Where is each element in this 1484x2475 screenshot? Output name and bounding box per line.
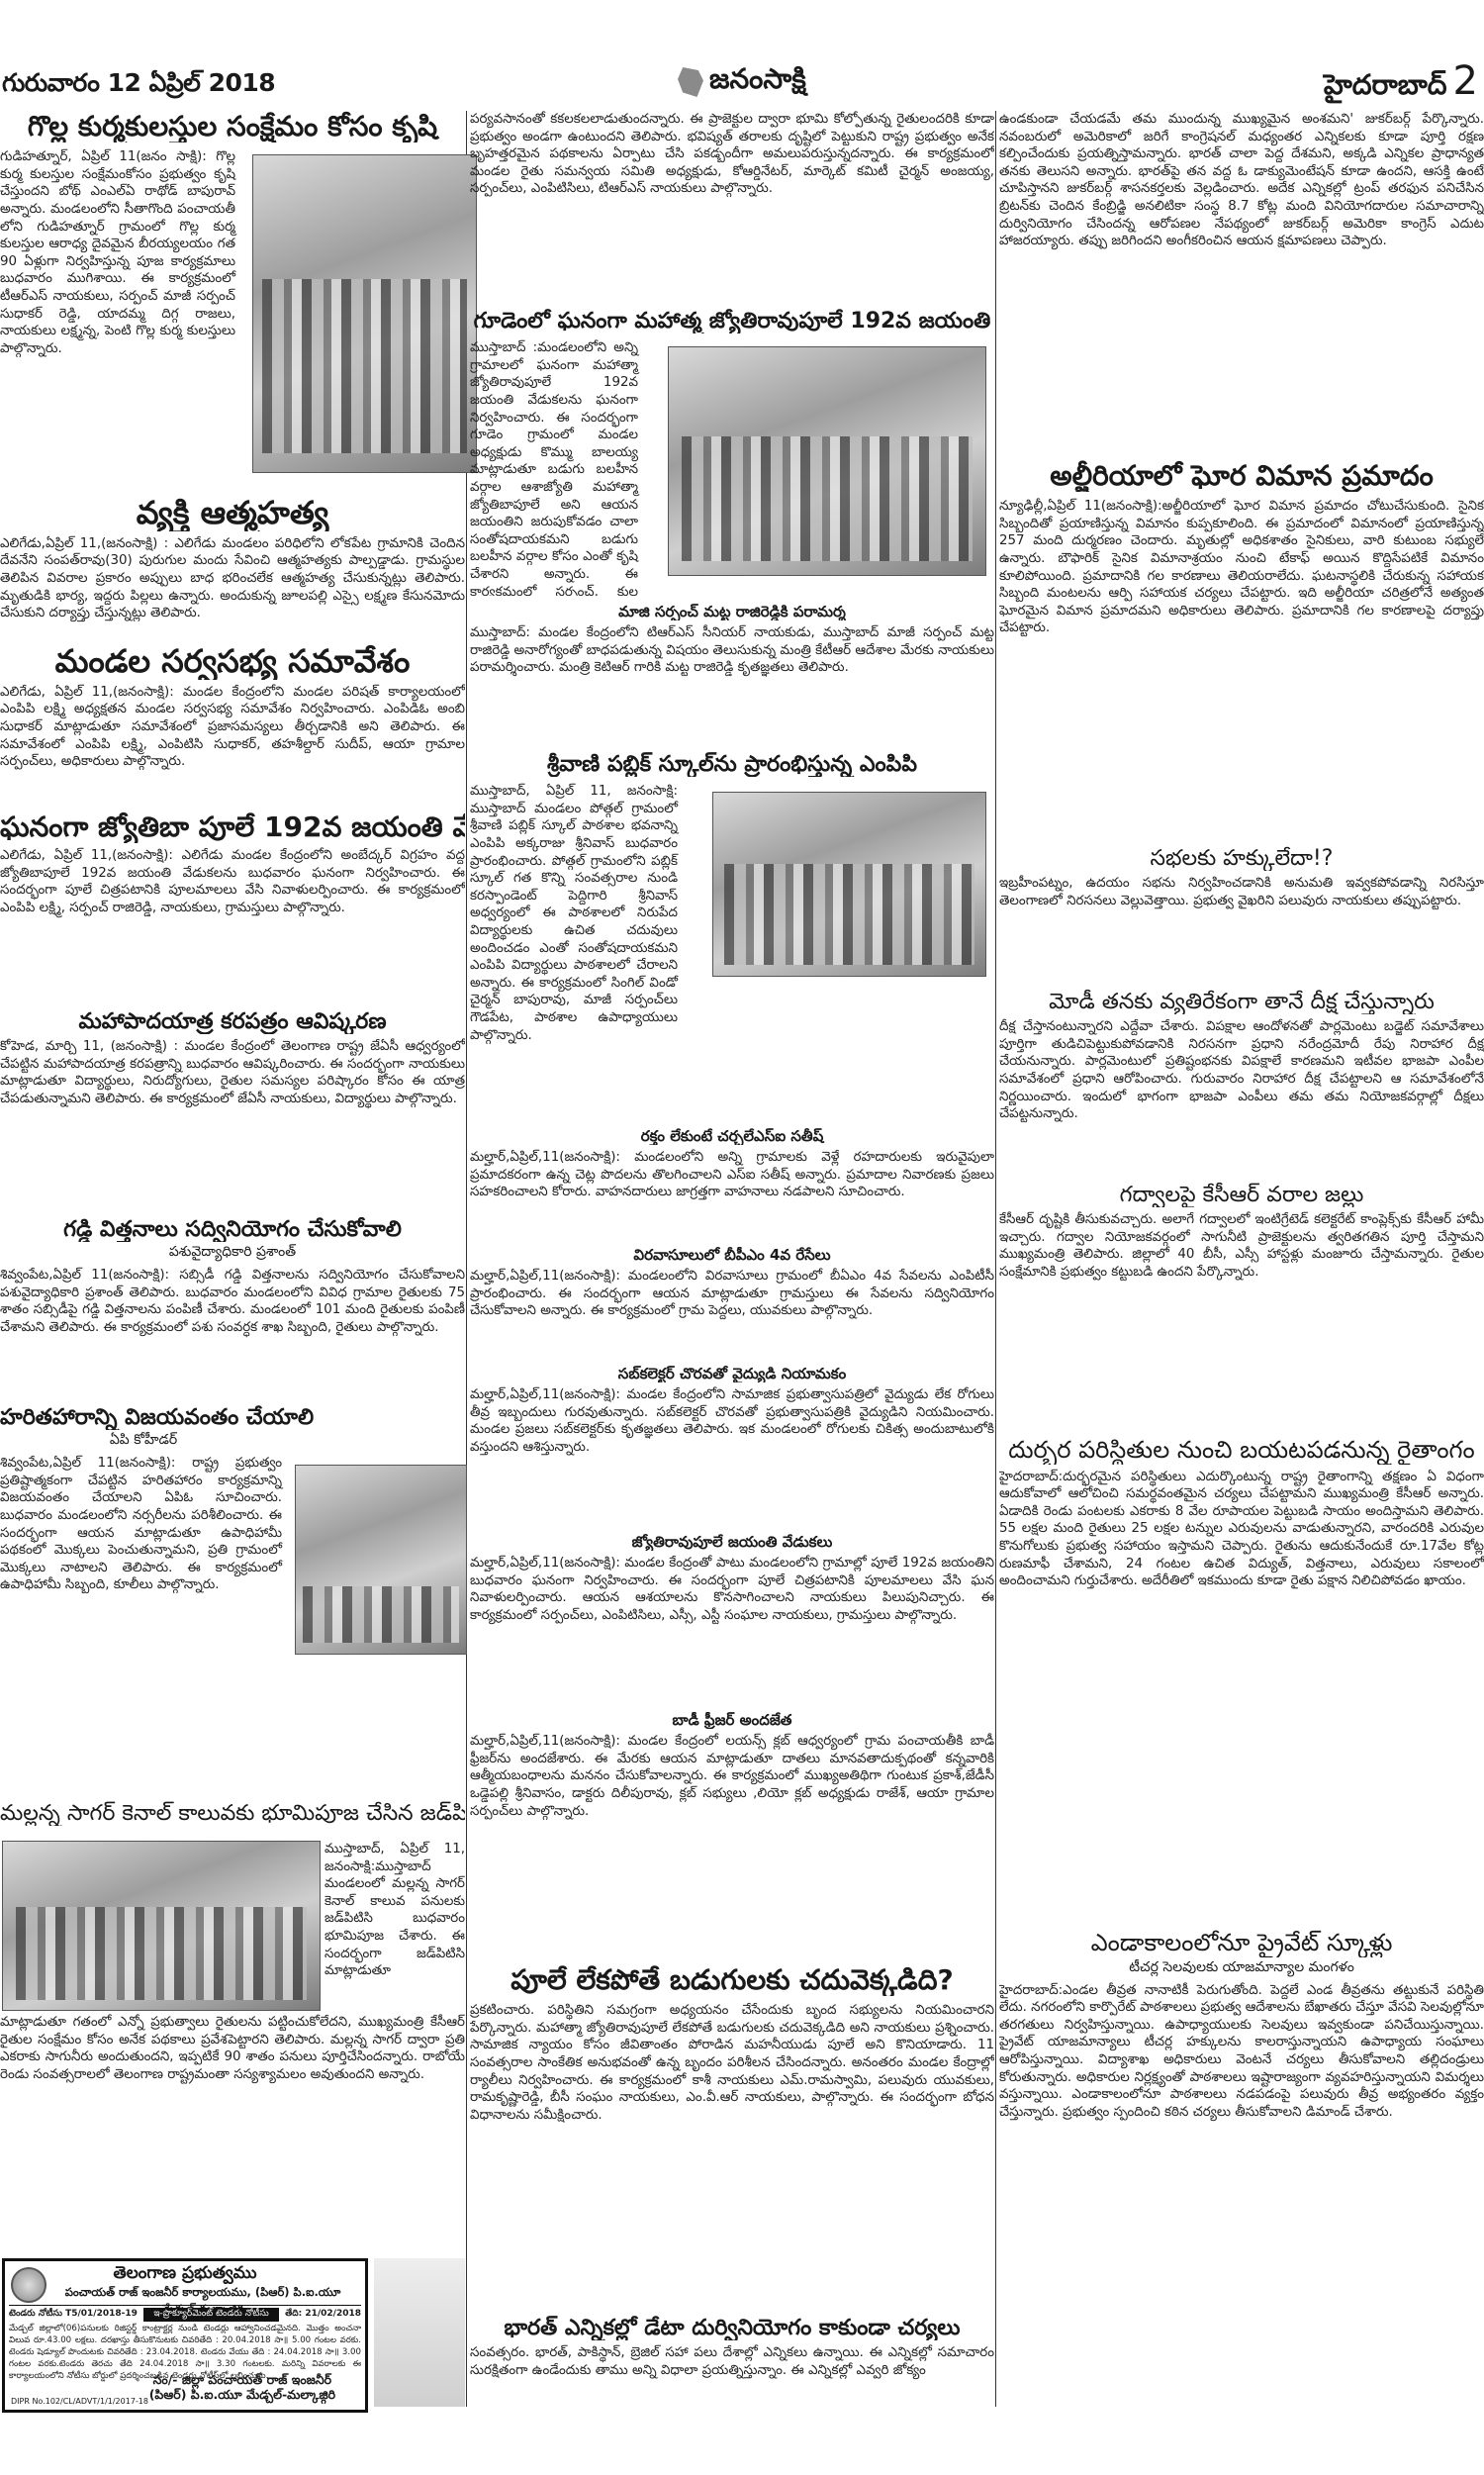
article-body: మల్హార్‌,ఏప్రిల్‌,11(జనంసాక్షి): మండల కే… (470, 1386, 994, 1456)
edition-label: హైదరాబాద్2 (1324, 58, 1478, 108)
article-body: ప్రకటించారు. పరిస్థితిని సమగ్రంగా అధ్యయన… (470, 2002, 994, 2124)
headline: జ్యోతిరావుపూలే జయంతి వేడుకలు (470, 1534, 994, 1551)
photo-golla-kurma (252, 154, 477, 473)
article-zuckerberg-continued: ఉండకుండా చేయడమే తమ ముందున్న ముఖ్యమైన అంశ… (999, 111, 1484, 457)
article-si-satish: రక్తం లేకుంటే చర్చలేఎస్ఐ సతీష్ మల్హార్‌,… (470, 1128, 994, 1237)
article-gadwal-kcr: గద్వాలపై కేసీఆర్ వరాల జల్లు కేసీఆర్ దృష్… (999, 1183, 1484, 1430)
article-body: మల్హార్‌,ఏప్రిల్‌,11(జనంసాక్షి): మండలంలో… (470, 1149, 994, 1201)
article-subcollector-doctor: సబ్‌కలెక్టర్ చొరవతో వైద్యుడి నియామకం మల్… (470, 1366, 994, 1524)
headline: మహాపాదయాత్ర కరపత్రం ఆవిష్కరణ (0, 1009, 465, 1034)
photo-mallanna-sagar (2, 1841, 321, 2011)
article-body: గుడిహత్నూర్, ఏప్రిల్ 11(జనం సాక్షి): గొల… (0, 148, 235, 357)
headline: అల్జీరియాలో ఘోర విమాన ప్రమాదం (999, 460, 1484, 492)
article-mandal-meeting: మండల సర్వసభ్య సమావేశం ఎలిగేడు, ఏప్రిల్ 1… (0, 643, 465, 802)
article-modi-fast: మోడీ తనకు వ్యతిరేకంగా తానే దీక్ష చేస్తున… (999, 990, 1484, 1173)
article-private-schools: ఎండాకాలంలోనూ ప్రైవేట్ స్కూళ్లు టీచర్ల సె… (999, 1930, 1484, 2410)
article-body: మల్హార్‌,ఏప్రిల్‌,11(జనంసాక్షి): మండలంలో… (470, 1268, 994, 1320)
article-india-election-data: భారత్ ఎన్నికల్లో డేటా దుర్వినియోగం కాకుం… (470, 2316, 994, 2410)
article-body: మల్హార్‌,ఏప్రిల్‌,11(జనంసాక్షి): మండల కే… (470, 1555, 994, 1624)
masthead: గురువారం 12 ఏప్రిల్ 2018 జనంసాక్షి హైదరా… (0, 54, 1484, 104)
headline: ఎండాకాలంలోనూ ప్రైవేట్ స్కూళ్లు (999, 1930, 1484, 1957)
photo-gudem-phule (668, 346, 986, 576)
headline: పూలే లేకపోతే బడుగులకు చదువెక్కడిది? (470, 1964, 994, 1996)
ad-government: తెలంగాణ ప్రభుత్వము (5, 2263, 365, 2287)
subheadline: టీచర్ల సెలవులకు యాజమాన్యాల మంగళం (999, 1959, 1484, 1978)
headline: శ్రీవాణి పబ్లిక్ స్కూల్‌ను ప్రారంభిస్తున… (470, 752, 994, 777)
article-body: ఎలిగేడు, ఏప్రిల్ 11,(జనంసాక్షి): మండల కే… (0, 684, 465, 771)
article-body: ఇబ్రహీంపట్నం, ఉదయం సభను నిర్వహించడానికి … (999, 875, 1484, 909)
headline: సబ్‌కలెక్టర్ చొరవతో వైద్యుడి నియామకం (470, 1366, 994, 1382)
byline: పశువైద్యాధికారి ప్రశాంత్ (0, 1244, 465, 1263)
article-body: కేసీఆర్ దృష్టికి తీసుకువచ్చారు. అలాగే గద… (999, 1211, 1484, 1281)
article-body: ఎలిగేడు,ఏప్రిల్ 11,(జనంసాక్షి) : ఎలిగేడు… (0, 535, 465, 622)
article-body: హైదరాబాద్:ఎండల తీవ్రత నానాటికీ పెరుగుతోం… (999, 1982, 1484, 2122)
article-farmers-relief: దుర్భర పరిస్థితుల నుంచి బయటపడనున్న రైతాం… (999, 1437, 1484, 1922)
headline: వ్యక్తి ఆత్మహత్య (0, 495, 465, 531)
edition-city: హైదరాబాద్ (1324, 68, 1447, 101)
article-meetings-rights: సభలకు హక్కులేదా!? ఇబ్రహీంపట్నం, ఉదయం సభన… (999, 846, 1484, 965)
headline: మండల సర్వసభ్య సమావేశం (0, 643, 465, 680)
article-rajireddy: మాజి సర్పంచ్ మట్ట రాజిరెడ్డికి పరామర్శ మ… (470, 604, 994, 742)
headline: సభలకు హక్కులేదా!? (999, 846, 1484, 871)
headline: విరవాసూలులో బీపీఎం 4వ రేసేలు (470, 1247, 994, 1264)
article-phule-education: పూలే లేకపోతే బడుగులకు చదువెక్కడిది? ప్రక… (470, 1964, 994, 2306)
ad-notice-date: తేది: 21/02/2018 (285, 2309, 361, 2321)
article-body: శివ్వంపేట,ఏప్రిల్ 11(జనంసాక్షి): రాష్ట్ర… (0, 1455, 282, 1594)
headline: గడ్డి విత్తనాలు సద్వినియోగం చేసుకోవాలి (0, 1217, 465, 1242)
article-suicide: వ్యక్తి ఆత్మహత్య ఎలిగేడు,ఏప్రిల్ 11,(జనం… (0, 495, 465, 633)
headline: గూడెంలో ఘనంగా మహాత్మ జ్యోతిరావుపూలే 192వ… (470, 309, 994, 333)
article-body: మల్హార్‌,ఏప్రిల్‌,11(జనంసాక్షి): మండల కే… (470, 1733, 994, 1820)
article-body: హైదరాబాద్:దుర్భరమైన పరిస్థితులు ఎదుర్కొం… (999, 1469, 1484, 1590)
article-body: ముస్తాబాద్ :మండలంలోని అన్ని గ్రామాలలో ఘన… (470, 339, 638, 596)
ad-side-panel (374, 2258, 465, 2407)
column-divider (995, 111, 996, 2407)
newspaper-logo: జనంసాక్షి (678, 62, 806, 102)
telangana-map-icon (678, 67, 703, 97)
article-continued-middle: పర్యవసానంతో కకలకలలాడుతుందన్నారు. ఈ ప్రాజ… (470, 111, 994, 304)
issue-date: గురువారం 12 ఏప్రిల్ 2018 (2, 68, 275, 104)
headline: మల్లన్న సాగర్ కెనాల్ కాలువకు భూమిపూజ చేస… (0, 1801, 465, 1826)
headline: బాడీ ఫ్రీజర్ అందజేత (470, 1712, 994, 1729)
ad-signature-line1: సం/- జిల్లా పంచాయత్ రాజ్ ఇంజనీర్ (149, 2372, 335, 2387)
headline: దుర్భర పరిస్థితుల నుంచి బయటపడనున్న రైతాం… (999, 1437, 1484, 1465)
article-phule-celebrations: ఘనంగా జ్యోతిబా పూలే 192వ జయంతి వేడుకలు ఎ… (0, 811, 465, 1000)
headline: భారత్ ఎన్నికల్లో డేటా దుర్వినియోగం కాకుం… (470, 2316, 994, 2340)
tender-notice-ad: తెలంగాణ ప్రభుత్వము పంచాయత్ రాజ్ ఇంజనీర్ … (2, 2258, 368, 2413)
headline: గొల్ల కుర్మకులస్తుల సంక్షేమం కోసం కృషి (0, 111, 465, 143)
headline: మోడీ తనకు వ్యతిరేకంగా తానే దీక్ష చేస్తున… (999, 990, 1484, 1014)
article-grass-seeds: గడ్డి విత్తనాలు సద్వినియోగం చేసుకోవాలి ప… (0, 1217, 465, 1395)
ad-signature: సం/- జిల్లా పంచాయత్ రాజ్ ఇంజనీర్ (పిఆర్)… (149, 2372, 335, 2402)
article-bpm-services: విరవాసూలులో బీపీఎం 4వ రేసేలు మల్హార్‌,ఏప… (470, 1247, 994, 1356)
article-body: సంవత్సరం. భారత్, పాకిస్థాన్, బ్రెజిల్ సహ… (470, 2344, 994, 2379)
article-body: మాట్లాడుతూ గతంలో ఎన్నో ప్రభుత్వాలు రైతుల… (0, 2014, 465, 2083)
article-body: న్యూఢిల్లీ,ఏప్రిల్ 11(జనంసాక్షి):అల్జీరి… (999, 498, 1484, 637)
headline: హరితహారాన్ని విజయవంతం చేయాలి (0, 1405, 465, 1430)
headline: ఘనంగా జ్యోతిబా పూలే 192వ జయంతి వేడుకలు (0, 811, 465, 843)
article-body: కోహెడ, మార్చి 11, (జనంసాక్షి) : మండల కేం… (0, 1038, 465, 1107)
byline: ఏపి కోహీడర్ (0, 1432, 287, 1451)
article-body: ముస్తాబాద్: మండల కేంద్రంలోని టిఆర్ఎస్ సీ… (470, 624, 994, 677)
article-side-body: ముస్తాబాద్, ఏప్రిల్ 11, జనంసాక్షి:ముస్తా… (325, 1841, 465, 1980)
article-padayatra: మహాపాదయాత్ర కరపత్రం ఆవిష్కరణ కోహెడ, మార్… (0, 1009, 465, 1207)
ad-notice-type: ఇ-ప్రొక్యూర్‌మెంట్ టెండరు నోటీసు (143, 2308, 278, 2322)
article-body-freezer: బాడీ ఫ్రీజర్ అందజేత మల్హార్‌,ఏప్రిల్‌,11… (470, 1712, 994, 1910)
article-body: ఎలిగేడు, ఏప్రిల్ 11,(జనంసాక్షి): ఎలిగేడు… (0, 847, 465, 916)
article-body: ఉండకుండా చేయడమే తమ ముందున్న ముఖ్యమైన అంశ… (999, 111, 1484, 250)
photo-srivani-school (712, 792, 986, 977)
ad-signature-line2: (పిఆర్) పి.ఐ.యూ మేడ్చల్-మల్కాజ్గిరి (149, 2387, 335, 2402)
photo-haritha-haram (295, 1465, 467, 1655)
article-body: శివ్వంపేట,ఏప్రిల్ 11(జనంసాక్షి): సబ్సిడీ… (0, 1267, 465, 1336)
article-body: పర్యవసానంతో కకలకలలాడుతుందన్నారు. ఈ ప్రాజ… (470, 111, 994, 198)
page-number: 2 (1453, 58, 1478, 104)
headline: గద్వాలపై కేసీఆర్ వరాల జల్లు (999, 1183, 1484, 1207)
headline: రక్తం లేకుంటే చర్చలేఎస్ఐ సతీష్ (470, 1128, 994, 1145)
ad-notice-no: టెండరు నోటీసు T5/01/2018-19 (9, 2309, 138, 2321)
article-phule-jayanti: జ్యోతిరావుపూలే జయంతి వేడుకలు మల్హార్‌,ఏప… (470, 1534, 994, 1702)
ad-meta: టెండరు నోటీసు T5/01/2018-19 ఇ-ప్రొక్యూర్… (9, 2305, 361, 2322)
article-body: దీక్ష చేస్తానంటున్నారని ఎద్దేవా చేశారు. … (999, 1018, 1484, 1123)
article-algeria-crash: అల్జీరియాలో ఘోర విమాన ప్రమాదం న్యూఢిల్లీ… (999, 460, 1484, 836)
ad-dipr-number: DIPR No.102/CL/ADVT/1/1/2017-18 (11, 2397, 148, 2406)
article-body: ముస్తాబాద్, ఏప్రిల్ 11, జనంసాక్షి: ముస్త… (470, 783, 678, 1044)
headline: మాజి సర్పంచ్ మట్ట రాజిరెడ్డికి పరామర్శ (470, 604, 994, 620)
logo-text: జనంసాక్షి (709, 62, 806, 102)
